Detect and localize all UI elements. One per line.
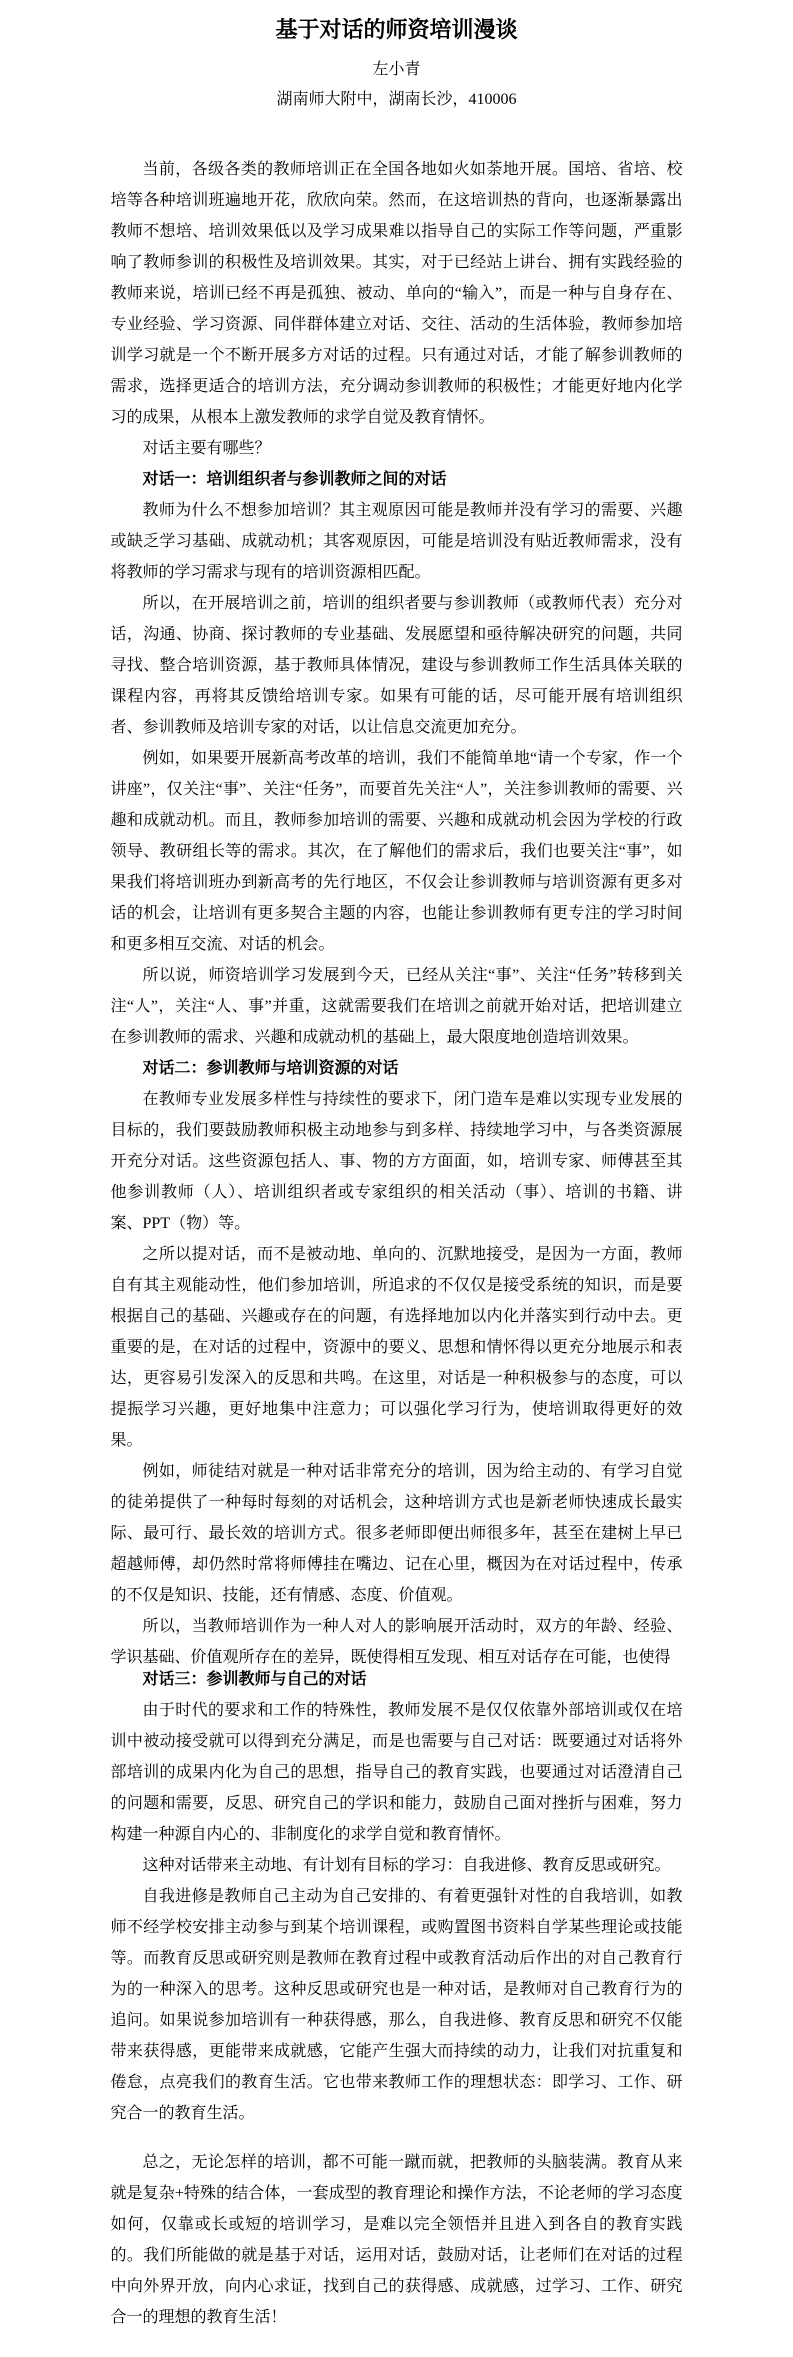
paragraph: 所以说，师资培训学习发展到今天，已经从关注“事”、关注“任务”转移到关注“人”，… (111, 960, 683, 1053)
author-name: 左小青 (0, 56, 793, 84)
author-affiliation: 湖南师大附中，湖南长沙，410006 (0, 86, 793, 114)
paragraph: 自我进修是教师自己主动为自己安排的、有着更强针对性的自我培训，如教师不经学校安排… (111, 1881, 683, 2129)
paragraph: 教师为什么不想参加培训？其主观原因可能是教师并没有学习的需要、兴趣或缺乏学习基础… (111, 495, 683, 588)
document-page: 基于对话的师资培训漫谈 左小青 湖南师大附中，湖南长沙，410006 当前，各级… (0, 0, 793, 2357)
doc-title: 基于对话的师资培训漫谈 (0, 12, 793, 46)
paragraph: 例如，师徒结对就是一种对话非常充分的培训，因为给主动的、有学习自觉的徒弟提供了一… (111, 1456, 683, 1611)
paragraph: 这种对话带来主动地、有计划有目标的学习：自我进修、教育反思或研究。 (111, 1850, 683, 1881)
paragraph: 所以，在开展培训之前，培训的组织者要与参训教师（或教师代表）充分对话，沟通、协商… (111, 588, 683, 743)
paragraph: 例如，如果要开展新高考改革的培训，我们不能简单地“请一个专家，作一个讲座”，仅关… (111, 743, 683, 960)
paragraph: 由于时代的要求和工作的特殊性，教师发展不是仅仅依靠外部培训或仅在培训中被动接受就… (111, 1695, 683, 1850)
paragraph-question: 对话主要有哪些？ (111, 433, 683, 464)
paragraph: 在教师专业发展多样性与持续性的要求下，闭门造车是难以实现专业发展的目标的，我们要… (111, 1084, 683, 1239)
paragraph-conclusion: 总之，无论怎样的培训，都不可能一蹴而就，把教师的头脑装满。教育从来就是复杂+特殊… (111, 2147, 683, 2333)
paragraph: 之所以提对话，而不是被动地、单向的、沉默地接受，是因为一方面，教师自有其主观能动… (111, 1239, 683, 1456)
section-heading-dialogue-1: 对话一：培训组织者与参训教师之间的对话 (111, 464, 683, 495)
section-heading-dialogue-2: 对话二：参训教师与培训资源的对话 (111, 1053, 683, 1084)
paragraph-intro: 当前，各级各类的教师培训正在全国各地如火如荼地开展。国培、省培、校培等各种培训班… (111, 154, 683, 433)
document-body: 当前，各级各类的教师培训正在全国各地如火如荼地开展。国培、省培、校培等各种培训班… (111, 154, 683, 2333)
